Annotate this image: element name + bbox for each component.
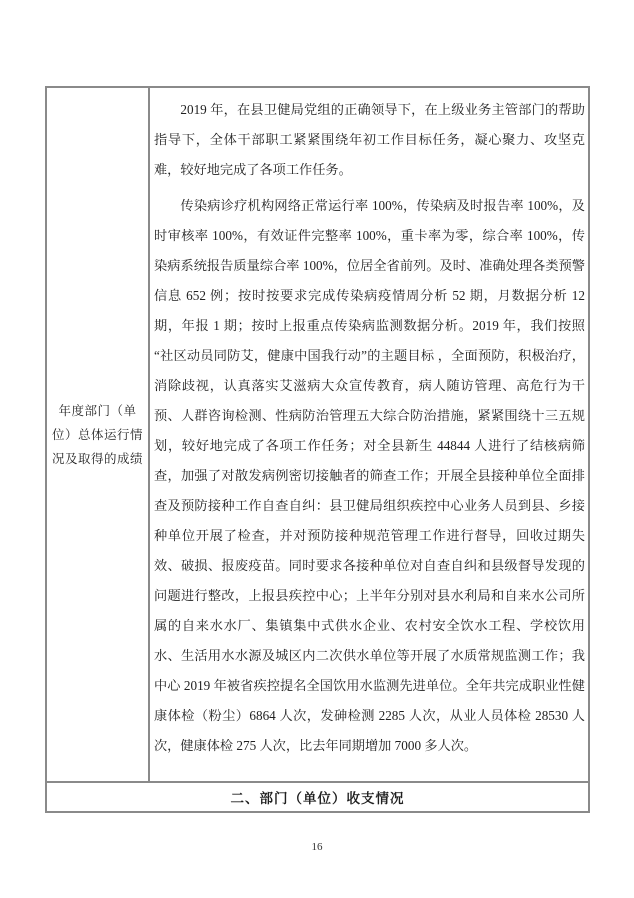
- row-label-cell: 年度部门（单位）总体运行情况及取得的成绩: [47, 88, 150, 781]
- report-table: 年度部门（单位）总体运行情况及取得的成绩 2019 年，在县卫健局党组的正确领导…: [45, 86, 590, 813]
- paragraph-achievements: 传染病诊疗机构网络正常运行率 100%，传染病及时报告率 100%，及时审核率 …: [154, 191, 585, 761]
- document-page: 年度部门（单位）总体运行情况及取得的成绩 2019 年，在县卫健局党组的正确领导…: [0, 0, 634, 898]
- paragraph-overview: 2019 年，在县卫健局党组的正确领导下，在上级业务主管部门的帮助指导下，全体干…: [154, 95, 585, 185]
- section-header: 二、部门（单位）收支情况: [231, 787, 405, 807]
- row-label: 年度部门（单位）总体运行情况及取得的成绩: [49, 399, 146, 471]
- content-cell: 2019 年，在县卫健局党组的正确领导下，在上级业务主管部门的帮助指导下，全体干…: [150, 88, 588, 781]
- section-header-row: 二、部门（单位）收支情况: [47, 781, 588, 811]
- page-number: 16: [0, 841, 634, 853]
- table-row: 年度部门（单位）总体运行情况及取得的成绩 2019 年，在县卫健局党组的正确领导…: [47, 88, 588, 781]
